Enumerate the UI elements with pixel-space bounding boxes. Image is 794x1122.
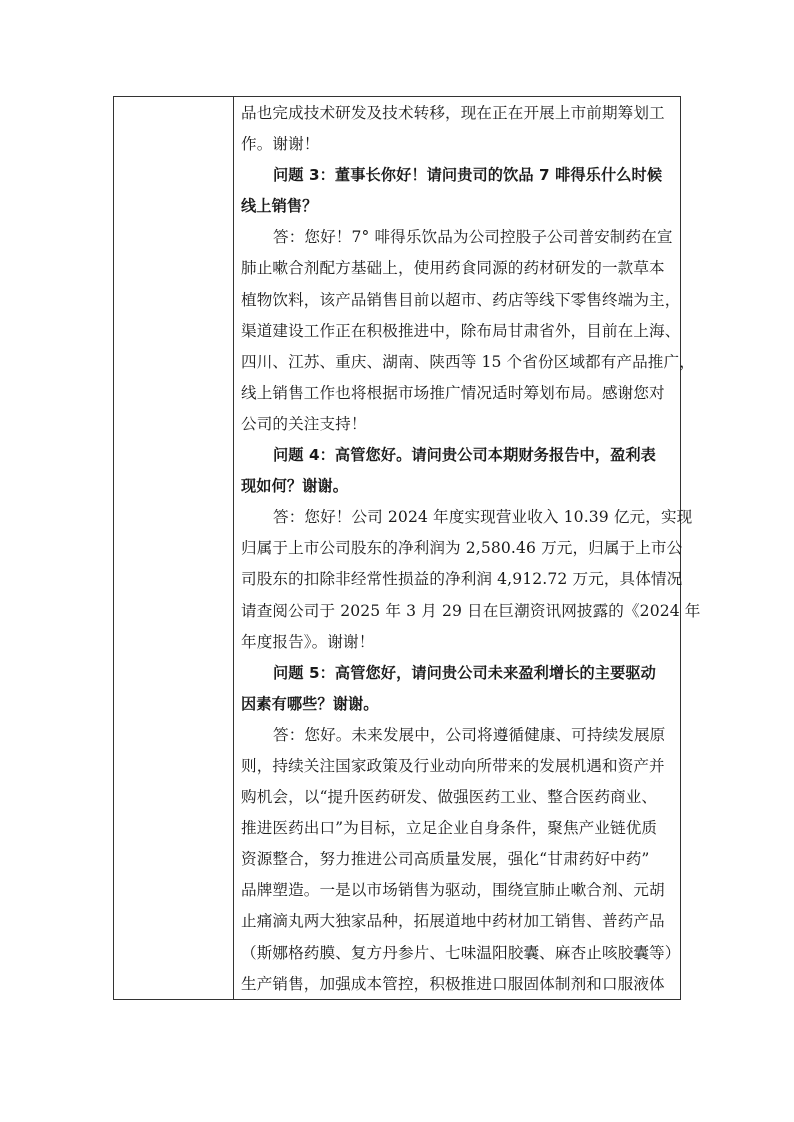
answer-line: 答：您好！7° 啡得乐饮品为公司控股子公司普安制药在宣 bbox=[241, 222, 701, 253]
answer-line: 植物饮料，该产品销售目前以超市、药店等线下零售终端为主， bbox=[241, 285, 701, 316]
answer-line: 四川、江苏、重庆、湖南、陕西等 15 个省份区域都有产品推广， bbox=[241, 347, 701, 378]
answer-line: 年度报告》。谢谢！ bbox=[241, 627, 701, 658]
answer-line: 购机会，以“提升医药研发、做强医药工业、整合医药商业、 bbox=[241, 782, 701, 813]
answer-line: 生产销售，加强成本管控，积极推进口服固体制剂和口服液体 bbox=[241, 969, 701, 1000]
answer-line: 推进医药出口”为目标，立足企业自身条件，聚焦产业链优质 bbox=[241, 813, 701, 844]
answer-line: 答：您好。未来发展中，公司将遵循健康、可持续发展原 bbox=[241, 720, 701, 751]
answer-line: 止痛滴丸两大独家品种，拓展道地中药材加工销售、普药产品 bbox=[241, 906, 701, 937]
answer-line: 肺止嗽合剂配方基础上，使用药食同源的药材研发的一款草本 bbox=[241, 253, 701, 284]
answer-line: 答：您好！公司 2024 年度实现营业收入 10.39 亿元，实现 bbox=[241, 502, 701, 533]
question-line: 问题 4：高管您好。请问贵公司本期财务报告中，盈利表 bbox=[241, 440, 701, 471]
answer-line: （斯娜格药膜、复方丹参片、七味温阳胶囊、麻杏止咳胶囊等） bbox=[241, 938, 701, 969]
answer-line: 渠道建设工作正在积极推进中，除布局甘肃省外，目前在上海、 bbox=[241, 316, 701, 347]
table-content-cell: 品也完成技术研发及技术转移，现在正在开展上市前期筹划工作。谢谢！问题 3：董事长… bbox=[234, 97, 705, 999]
answer-line: 资源整合，努力推进公司高质量发展，强化“甘肃药好中药” bbox=[241, 844, 701, 875]
answer-line: 则，持续关注国家政策及行业动向所带来的发展机遇和资产并 bbox=[241, 751, 701, 782]
answer-line: 请查阅公司于 2025 年 3 月 29 日在巨潮资讯网披露的《2024 年 bbox=[241, 596, 701, 627]
answer-line: 司股东的扣除非经常性损益的净利润 4,912.72 万元，具体情况 bbox=[241, 564, 701, 595]
answer-line: 作。谢谢！ bbox=[241, 129, 701, 160]
answer-line: 线上销售工作也将根据市场推广情况适时筹划布局。感谢您对 bbox=[241, 378, 701, 409]
answer-line: 品牌塑造。一是以市场销售为驱动，围绕宣肺止嗽合剂、元胡 bbox=[241, 875, 701, 906]
question-line: 因素有哪些？谢谢。 bbox=[241, 689, 701, 720]
question-line: 线上销售？ bbox=[241, 191, 701, 222]
answer-line: 公司的关注支持！ bbox=[241, 409, 701, 440]
question-line: 问题 5：高管您好，请问贵公司未来盈利增长的主要驱动 bbox=[241, 658, 701, 689]
answer-line: 品也完成技术研发及技术转移，现在正在开展上市前期筹划工 bbox=[241, 98, 701, 129]
question-line: 问题 3：董事长你好！请问贵司的饮品 7 啡得乐什么时候 bbox=[241, 160, 701, 191]
question-line: 现如何？谢谢。 bbox=[241, 471, 701, 502]
table-left-cell bbox=[114, 97, 234, 999]
answer-line: 归属于上市公司股东的净利润为 2,580.46 万元，归属于上市公 bbox=[241, 533, 701, 564]
qa-table: 品也完成技术研发及技术转移，现在正在开展上市前期筹划工作。谢谢！问题 3：董事长… bbox=[113, 96, 681, 1000]
